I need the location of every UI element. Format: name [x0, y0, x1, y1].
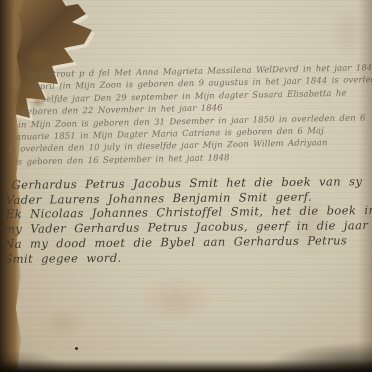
manuscript-line: Smit gegee word.: [4, 248, 372, 267]
page-right-shadow: [358, 0, 372, 372]
photo-bottom-shadow: [0, 360, 372, 372]
register-entry: is Getrout p d fel Met Anna Magrieta Mas…: [5, 62, 371, 169]
paper-stain: [38, 306, 88, 340]
manuscript-photo: is Getrout p d fel Met Anna Magrieta Mas…: [0, 0, 372, 372]
inheritance-note: Gerhardus Petrus Jacobus Smit het die bo…: [4, 174, 372, 266]
ink-stain: [26, 46, 54, 68]
paper-stain: [138, 276, 214, 324]
ink-speck: [75, 347, 78, 350]
